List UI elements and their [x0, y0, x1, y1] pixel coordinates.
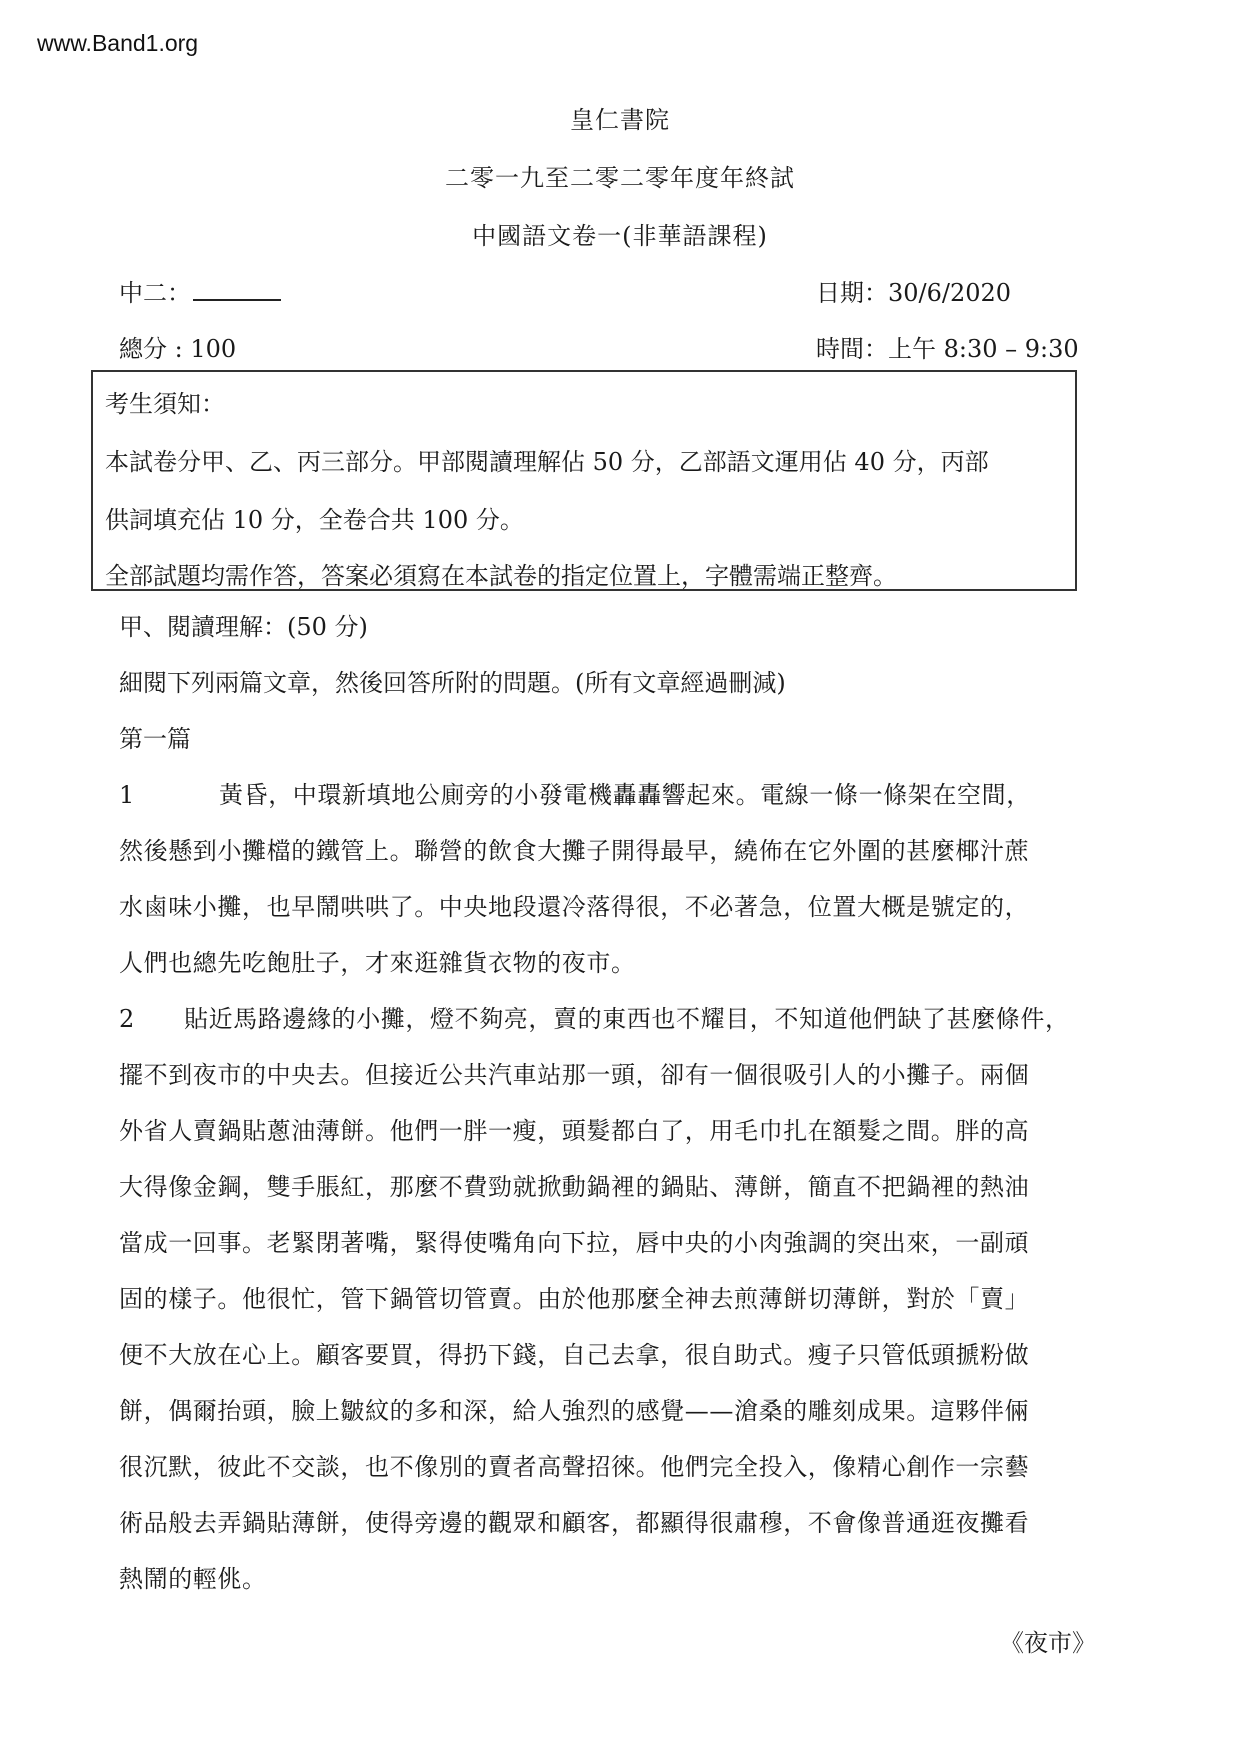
- date-value: 30/6/2020: [888, 279, 1011, 307]
- notice-title: 考生須知：: [105, 384, 225, 419]
- article-line: 很沉默，彼此不交談，也不像別的賣者高聲招徠。他們完全投入，像精心創作一宗藝: [119, 1447, 1109, 1482]
- article-line: 熱鬧的輕佻。: [119, 1559, 1109, 1594]
- article-line: 擺不到夜市的中央去。但接近公共汽車站那一頭，卻有一個很吸引人的小攤子。兩個: [119, 1055, 1109, 1090]
- article-line: 然後懸到小攤檔的鐵管上。聯營的飲食大攤子開得最早，繞佈在它外圍的甚麼椰汁蔗: [119, 831, 1109, 866]
- article-line: 固的樣子。他很忙，管下鍋管切管賣。由於他那麼全神去煎薄餅切薄餅，對於「賣」: [119, 1279, 1109, 1314]
- article-source: 《夜市》: [1000, 1623, 1096, 1658]
- time-label: 時間：: [816, 335, 888, 363]
- school-name: 皇仁書院: [0, 100, 1240, 135]
- paragraph-text: 貼近馬路邊緣的小攤，燈不夠亮，賣的東西也不耀目，不知道他們缺了甚麼條件，: [184, 1005, 1070, 1033]
- article-line: 水鹵味小攤，也早鬧哄哄了。中央地段還冷落得很，不必著急，位置大概是號定的，: [119, 887, 1109, 922]
- notice-line: 供詞填充佔 10 分，全卷合共 100 分。: [105, 500, 524, 535]
- paragraph-number: 2: [119, 1005, 184, 1033]
- total-score-field: 總分 : 100: [119, 329, 236, 364]
- date-field: 日期：30/6/2020: [816, 273, 1011, 308]
- paper-title: 中國語文卷一(非華語課程): [0, 216, 1240, 251]
- article-line: 當成一回事。老緊閉著嘴，緊得使嘴角向下拉，唇中央的小肉強調的突出來，一副頑: [119, 1223, 1109, 1258]
- article-line: 1黃昏，中環新填地公廁旁的小發電機轟轟響起來。電線一條一條架在空間，: [119, 775, 1109, 810]
- watermark: www.Band1.org: [37, 30, 198, 57]
- section-heading: 甲、閱讀理解：(50 分): [119, 607, 368, 642]
- article-line: 術品般去弄鍋貼薄餅，使得旁邊的觀眾和顧客，都顯得很肅穆，不會像普通逛夜攤看: [119, 1503, 1109, 1538]
- notice-line: 全部試題均需作答，答案必須寫在本試卷的指定位置上，字體需端正整齊。: [105, 556, 897, 591]
- article-line: 便不大放在心上。顧客要買，得扔下錢，自己去拿，很自助式。瘦子只管低頭搋粉做: [119, 1335, 1109, 1370]
- article-label: 第一篇: [119, 719, 191, 754]
- article-line: 2貼近馬路邊緣的小攤，燈不夠亮，賣的東西也不耀目，不知道他們缺了甚麼條件，: [119, 999, 1109, 1034]
- class-blank-line: [193, 277, 281, 301]
- total-value: 100: [190, 335, 236, 363]
- article-line: 大得像金鋼，雙手脹紅，那麼不費勁就掀動鍋裡的鍋貼、薄餅，簡直不把鍋裡的熱油: [119, 1167, 1109, 1202]
- class-label: 中二：: [119, 279, 191, 307]
- paragraph-text: 黃昏，中環新填地公廁旁的小發電機轟轟響起來。電線一條一條架在空間，: [219, 781, 1031, 809]
- article-line: 外省人賣鍋貼蔥油薄餅。他們一胖一瘦，頭髮都白了，用毛巾扎在額髮之間。胖的高: [119, 1111, 1109, 1146]
- notice-line: 本試卷分甲、乙、丙三部分。甲部閱讀理解佔 50 分，乙部語文運用佔 40 分，丙…: [105, 442, 989, 477]
- article-line: 人們也總先吃飽肚子，才來逛雜貨衣物的夜市。: [119, 943, 1109, 978]
- time-field: 時間：上午 8:30 – 9:30: [816, 329, 1079, 364]
- class-field: 中二：: [119, 273, 281, 308]
- total-label: 總分 :: [119, 335, 190, 363]
- article-line: 餅，偶爾抬頭，臉上皺紋的多和深，給人強烈的感覺——滄桑的雕刻成果。這夥伴倆: [119, 1391, 1109, 1426]
- candidate-notice-box: 考生須知： 本試卷分甲、乙、丙三部分。甲部閱讀理解佔 50 分，乙部語文運用佔 …: [91, 370, 1077, 591]
- time-value: 上午 8:30 – 9:30: [888, 335, 1079, 363]
- exam-title: 二零一九至二零二零年度年終試: [0, 158, 1240, 193]
- date-label: 日期：: [816, 279, 888, 307]
- paragraph-number: 1: [119, 781, 219, 809]
- section-instruction: 細閱下列兩篇文章，然後回答所附的問題。(所有文章經過刪減): [119, 663, 786, 698]
